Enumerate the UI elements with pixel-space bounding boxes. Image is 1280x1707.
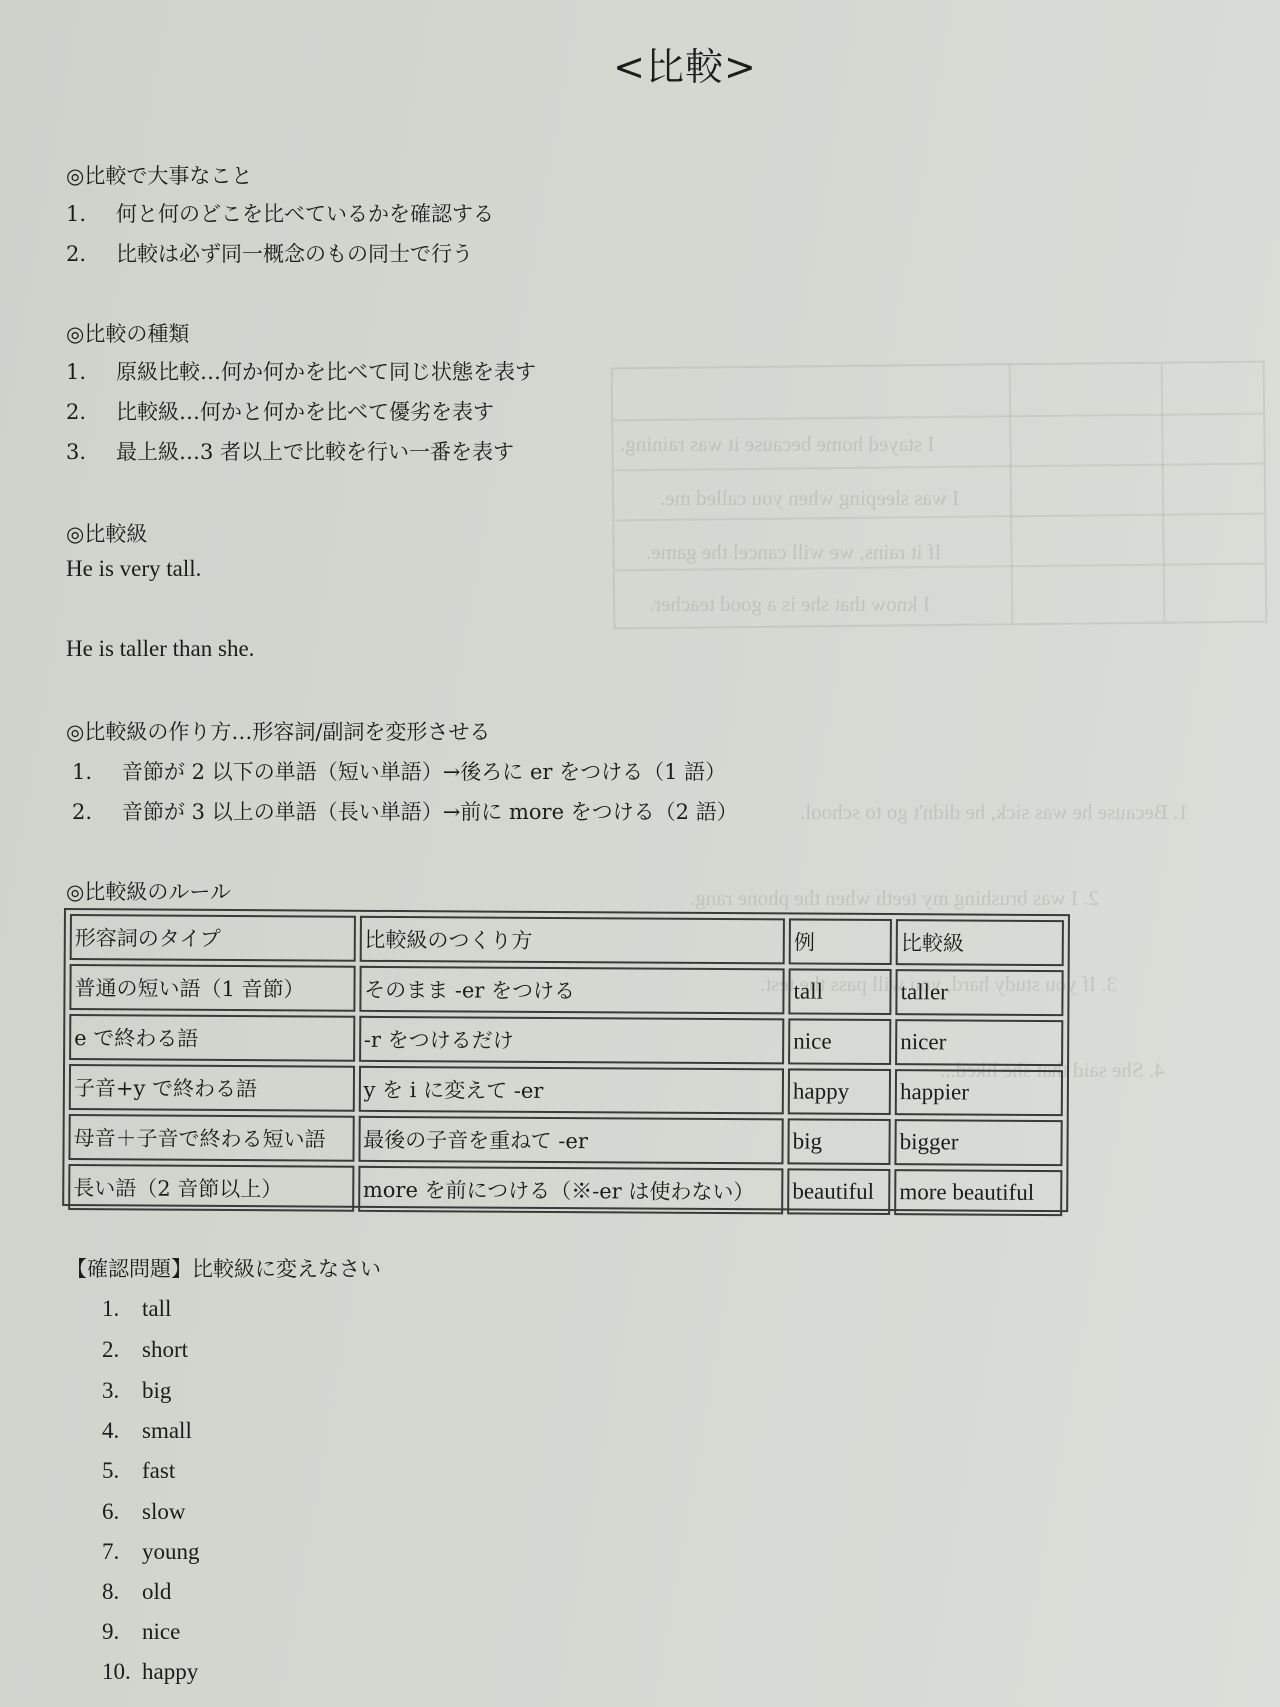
example-sentence: He is very tall. bbox=[66, 556, 201, 582]
section-heading-rules: ◎比較級のルール bbox=[66, 876, 231, 906]
quiz-number: 5. bbox=[102, 1458, 142, 1484]
quiz-item: 3.big bbox=[102, 1378, 171, 1404]
list-text: 音節が 2 以下の単語（短い単語）→後ろに er をつける（1 語） bbox=[122, 760, 726, 784]
section-heading-important: ◎比較で大事なこと bbox=[66, 160, 252, 190]
bleed-through-table bbox=[611, 361, 1268, 630]
quiz-number: 1. bbox=[102, 1296, 142, 1322]
quiz-number: 7. bbox=[102, 1539, 142, 1565]
list-text: 音節が 3 以上の単語（長い単語）→前に more をつける（2 語） bbox=[122, 800, 738, 824]
section-heading-types: ◎比較の種類 bbox=[66, 318, 189, 348]
table-cell-comparative: bigger bbox=[895, 1119, 1063, 1166]
table-cell-how: 最後の子音を重ねて -er bbox=[358, 1116, 784, 1165]
quiz-number: 6. bbox=[102, 1499, 142, 1525]
quiz-item: 2.short bbox=[102, 1337, 188, 1363]
quiz-word: old bbox=[142, 1579, 171, 1604]
table-cell-example: tall bbox=[788, 968, 891, 1015]
comparative-rules-table: 形容詞のタイプ 比較級のつくり方 例 比較級 普通の短い語（1 音節） そのまま… bbox=[62, 908, 1070, 1212]
table-header-cell: 比較級のつくり方 bbox=[359, 916, 785, 965]
quiz-item: 7.young bbox=[102, 1539, 200, 1565]
table-cell-type: e で終わる語 bbox=[69, 1014, 355, 1062]
quiz-word: happy bbox=[142, 1659, 198, 1684]
table-header-cell: 形容詞のタイプ bbox=[70, 914, 356, 962]
list-number: 3. bbox=[66, 440, 116, 464]
table-header-row: 形容詞のタイプ 比較級のつくり方 例 比較級 bbox=[70, 914, 1064, 966]
table-cell-example: beautiful bbox=[787, 1168, 890, 1215]
quiz-word: fast bbox=[142, 1458, 175, 1483]
list-text: 比較級…何かと何かを比べて優劣を表す bbox=[116, 400, 494, 424]
quiz-item: 10.happy bbox=[102, 1659, 198, 1685]
table-cell-comparative: more beautiful bbox=[894, 1169, 1062, 1216]
list-item: 2.音節が 3 以上の単語（長い単語）→前に more をつける（2 語） bbox=[72, 796, 738, 826]
table-header-cell: 例 bbox=[789, 918, 892, 965]
page-title: <比較> bbox=[0, 36, 1280, 91]
bleed-through-text: 2. I was brushing my teeth when the phon… bbox=[690, 886, 1099, 911]
quiz-word: big bbox=[142, 1378, 171, 1403]
list-item: 1.原級比較…何か何かを比べて同じ状態を表す bbox=[66, 356, 536, 386]
quiz-number: 9. bbox=[102, 1619, 142, 1645]
table-cell-how: そのまま -er をつける bbox=[359, 966, 785, 1015]
list-item: 3.最上級…3 者以上で比較を行い一番を表す bbox=[66, 436, 514, 466]
table-cell-how: more を前につける（※-er は使わない） bbox=[358, 1166, 784, 1215]
list-number: 1. bbox=[72, 760, 122, 784]
section-heading-comparative: ◎比較級 bbox=[66, 518, 147, 548]
list-text: 比較は必ず同一概念のもの同士で行う bbox=[116, 242, 473, 266]
quiz-item: 6.slow bbox=[102, 1499, 185, 1525]
list-number: 2. bbox=[66, 242, 116, 266]
list-text: 何と何のどこを比べているかを確認する bbox=[116, 202, 494, 226]
quiz-heading: 【確認問題】比較級に変えなさい bbox=[66, 1253, 381, 1283]
table-cell-type: 長い語（2 音節以上） bbox=[68, 1164, 354, 1212]
table-row: 子音+y で終わる語 y を i に変えて -er happy happier bbox=[69, 1064, 1063, 1116]
list-number: 1. bbox=[66, 202, 116, 226]
table-cell-how: -r をつけるだけ bbox=[359, 1016, 785, 1065]
example-sentence: He is taller than she. bbox=[66, 636, 254, 662]
list-text: 最上級…3 者以上で比較を行い一番を表す bbox=[116, 440, 514, 464]
table-row: 普通の短い語（1 音節） そのまま -er をつける tall taller bbox=[69, 964, 1063, 1016]
table-cell-example: nice bbox=[788, 1018, 891, 1065]
quiz-number: 10. bbox=[102, 1659, 142, 1685]
list-number: 2. bbox=[72, 800, 122, 824]
list-item: 1.音節が 2 以下の単語（短い単語）→後ろに er をつける（1 語） bbox=[72, 756, 726, 786]
table-cell-comparative: happier bbox=[895, 1069, 1063, 1116]
quiz-item: 5.fast bbox=[102, 1458, 175, 1484]
table-cell-type: 母音＋子音で終わる短い語 bbox=[68, 1114, 354, 1162]
table-cell-type: 子音+y で終わる語 bbox=[69, 1064, 355, 1112]
section-heading-how-to: ◎比較級の作り方…形容詞/副詞を変形させる bbox=[66, 716, 490, 746]
list-number: 1. bbox=[66, 360, 116, 384]
quiz-item: 4.small bbox=[102, 1418, 192, 1444]
table-row: 長い語（2 音節以上） more を前につける（※-er は使わない） beau… bbox=[68, 1164, 1062, 1216]
list-item: 1.何と何のどこを比べているかを確認する bbox=[66, 198, 494, 228]
quiz-word: small bbox=[142, 1418, 192, 1443]
quiz-item: 8.old bbox=[102, 1579, 171, 1605]
quiz-number: 2. bbox=[102, 1337, 142, 1363]
table-row: e で終わる語 -r をつけるだけ nice nicer bbox=[69, 1014, 1063, 1066]
table-cell-how: y を i に変えて -er bbox=[358, 1066, 784, 1115]
list-item: 2.比較は必ず同一概念のもの同士で行う bbox=[66, 238, 473, 268]
quiz-word: young bbox=[142, 1539, 200, 1564]
quiz-word: short bbox=[142, 1337, 188, 1362]
table-header-cell: 比較級 bbox=[896, 919, 1064, 966]
table-cell-example: big bbox=[788, 1118, 891, 1165]
quiz-item: 1.tall bbox=[102, 1296, 171, 1322]
list-item: 2.比較級…何かと何かを比べて優劣を表す bbox=[66, 396, 494, 426]
table-cell-type: 普通の短い語（1 音節） bbox=[69, 964, 355, 1012]
quiz-number: 8. bbox=[102, 1579, 142, 1605]
table-cell-comparative: taller bbox=[895, 969, 1063, 1016]
table-cell-example: happy bbox=[788, 1068, 891, 1115]
table-row: 母音＋子音で終わる短い語 最後の子音を重ねて -er big bigger bbox=[68, 1114, 1062, 1166]
quiz-word: nice bbox=[142, 1619, 180, 1644]
bleed-through-text: 1. Because he was sick, he didn't go to … bbox=[800, 800, 1189, 825]
quiz-number: 3. bbox=[102, 1378, 142, 1404]
quiz-word: tall bbox=[142, 1296, 171, 1321]
list-text: 原級比較…何か何かを比べて同じ状態を表す bbox=[116, 360, 536, 384]
table-cell-comparative: nicer bbox=[895, 1019, 1063, 1066]
quiz-word: slow bbox=[142, 1499, 185, 1524]
quiz-number: 4. bbox=[102, 1418, 142, 1444]
quiz-item: 9.nice bbox=[102, 1619, 180, 1645]
list-number: 2. bbox=[66, 400, 116, 424]
